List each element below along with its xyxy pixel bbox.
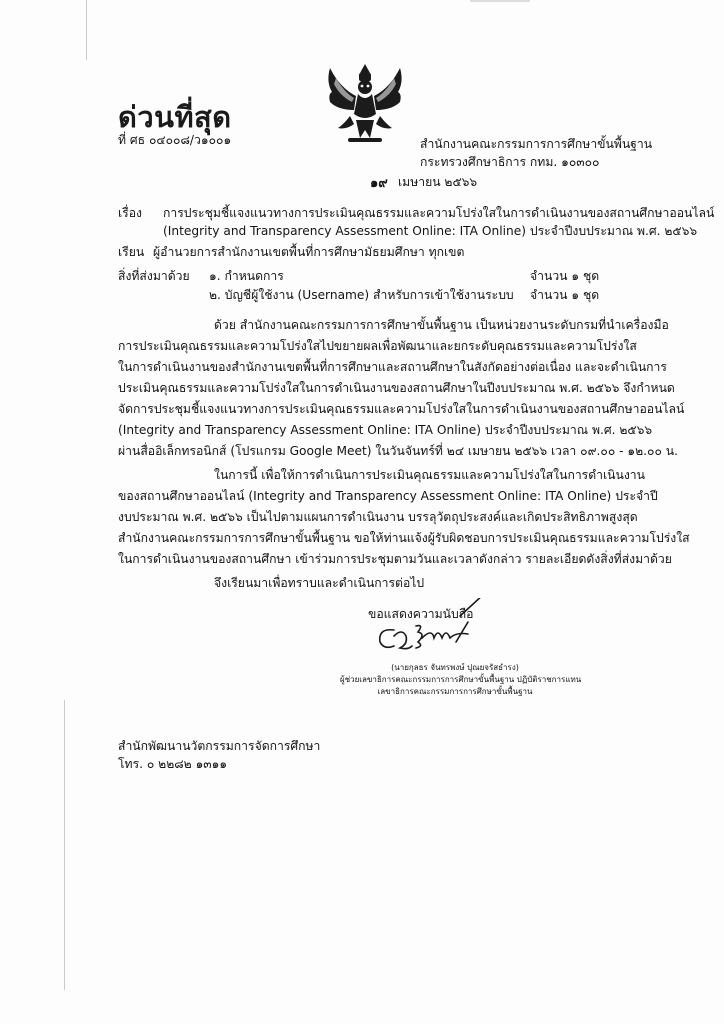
signature-icon	[372, 598, 492, 654]
paragraph-2-line: ในการดำเนินงานของสถานศึกษา เข้าร่วมการปร…	[118, 550, 668, 569]
recipient-label: เรียน	[118, 244, 144, 261]
enclosure-item-2: ๒. บัญชีผู้ใช้งาน (Username) สำหรับการเข…	[209, 287, 514, 304]
paragraph-2-line: สำนักงานคณะกรรมการการศึกษาขั้นพื้นฐาน ขอ…	[118, 529, 668, 548]
scan-artifact-line	[86, 0, 87, 60]
scan-artifact-mark	[470, 0, 530, 2]
paragraph-2-line: ในการนี้ เพื่อให้การดำเนินการประเมินคุณธ…	[118, 466, 724, 485]
garuda-emblem-icon	[320, 58, 410, 148]
date-month-year: เมษายน ๒๕๖๖	[398, 174, 477, 191]
issuer-office: สำนักงานคณะกรรมการการศึกษาขั้นพื้นฐาน	[420, 136, 652, 153]
subject-line-1: การประชุมชี้แจงแนวทางการประเมินคุณธรรมแล…	[163, 205, 714, 222]
subject-label: เรื่อง	[118, 205, 142, 222]
signatory-position-line-1: ผู้ช่วยเลขาธิการคณะกรรมการการศึกษาขั้นพื…	[340, 674, 570, 685]
scan-artifact-line	[64, 700, 65, 990]
enclosure-qty-1: จำนวน ๑ ชุด	[530, 268, 599, 285]
paragraph-1-line: ในการดำเนินงานของสำนักงานเขตพื้นที่การศึ…	[118, 358, 668, 377]
signatory-name: (นายกุลธร จันทรพงษ์ ปุณยจรัสธำรง)	[355, 662, 555, 673]
enclosure-qty-2: จำนวน ๑ ชุด	[530, 287, 599, 304]
issuer-address: กระทรวงศึกษาธิการ กทม. ๑๐๓๐๐	[420, 154, 600, 171]
recipient: ผู้อำนวยการสำนักงานเขตพื้นที่การศึกษามัธ…	[153, 244, 464, 261]
enclosure-item-1: ๑. กำหนดการ	[209, 268, 284, 285]
closing-sentence: จึงเรียนมาเพื่อทราบและดำเนินการต่อไป	[118, 574, 724, 593]
footer-office: สำนักพัฒนานวัตกรรมการจัดการศึกษา	[118, 738, 320, 755]
paragraph-1-line: ด้วย สำนักงานคณะกรรมการการศึกษาขั้นพื้นฐ…	[118, 316, 724, 335]
paragraph-2-line: ของสถานศึกษาออนไลน์ (Integrity and Trans…	[118, 487, 668, 506]
date-day: ๑๙	[370, 172, 388, 193]
reference-number: ที่ ศธ ๐๔๐๐๘/ว๑๐๐๑	[118, 132, 231, 149]
paragraph-1-line: จัดการประชุมชี้แจงแนวทางการประเมินคุณธรร…	[118, 400, 668, 419]
signatory-position-line-2: เลขาธิการคณะกรรมการการศึกษาขั้นพื้นฐาน	[340, 686, 570, 697]
paragraph-1-line: (Integrity and Transparency Assessment O…	[118, 421, 668, 440]
paragraph-1-line: การประเมินคุณธรรมและความโปร่งใสไปขยายผลเ…	[118, 337, 668, 356]
footer-phone: โทร. ๐ ๒๒๘๒ ๑๓๑๑	[118, 756, 227, 773]
paragraph-1-line: ผ่านสื่ออิเล็กทรอนิกส์ (โปรแกรม Google M…	[118, 442, 668, 461]
paragraph-2-line: งบประมาณ พ.ศ. ๒๕๖๖ เป็นไปตามแผนการดำเนิน…	[118, 508, 668, 527]
subject-line-2: (Integrity and Transparency Assessment O…	[163, 223, 697, 240]
paragraph-1-line: ประเมินคุณธรรมและความโปร่งใสในการดำเนินง…	[118, 379, 668, 398]
enclosures-label: สิ่งที่ส่งมาด้วย	[118, 268, 190, 285]
